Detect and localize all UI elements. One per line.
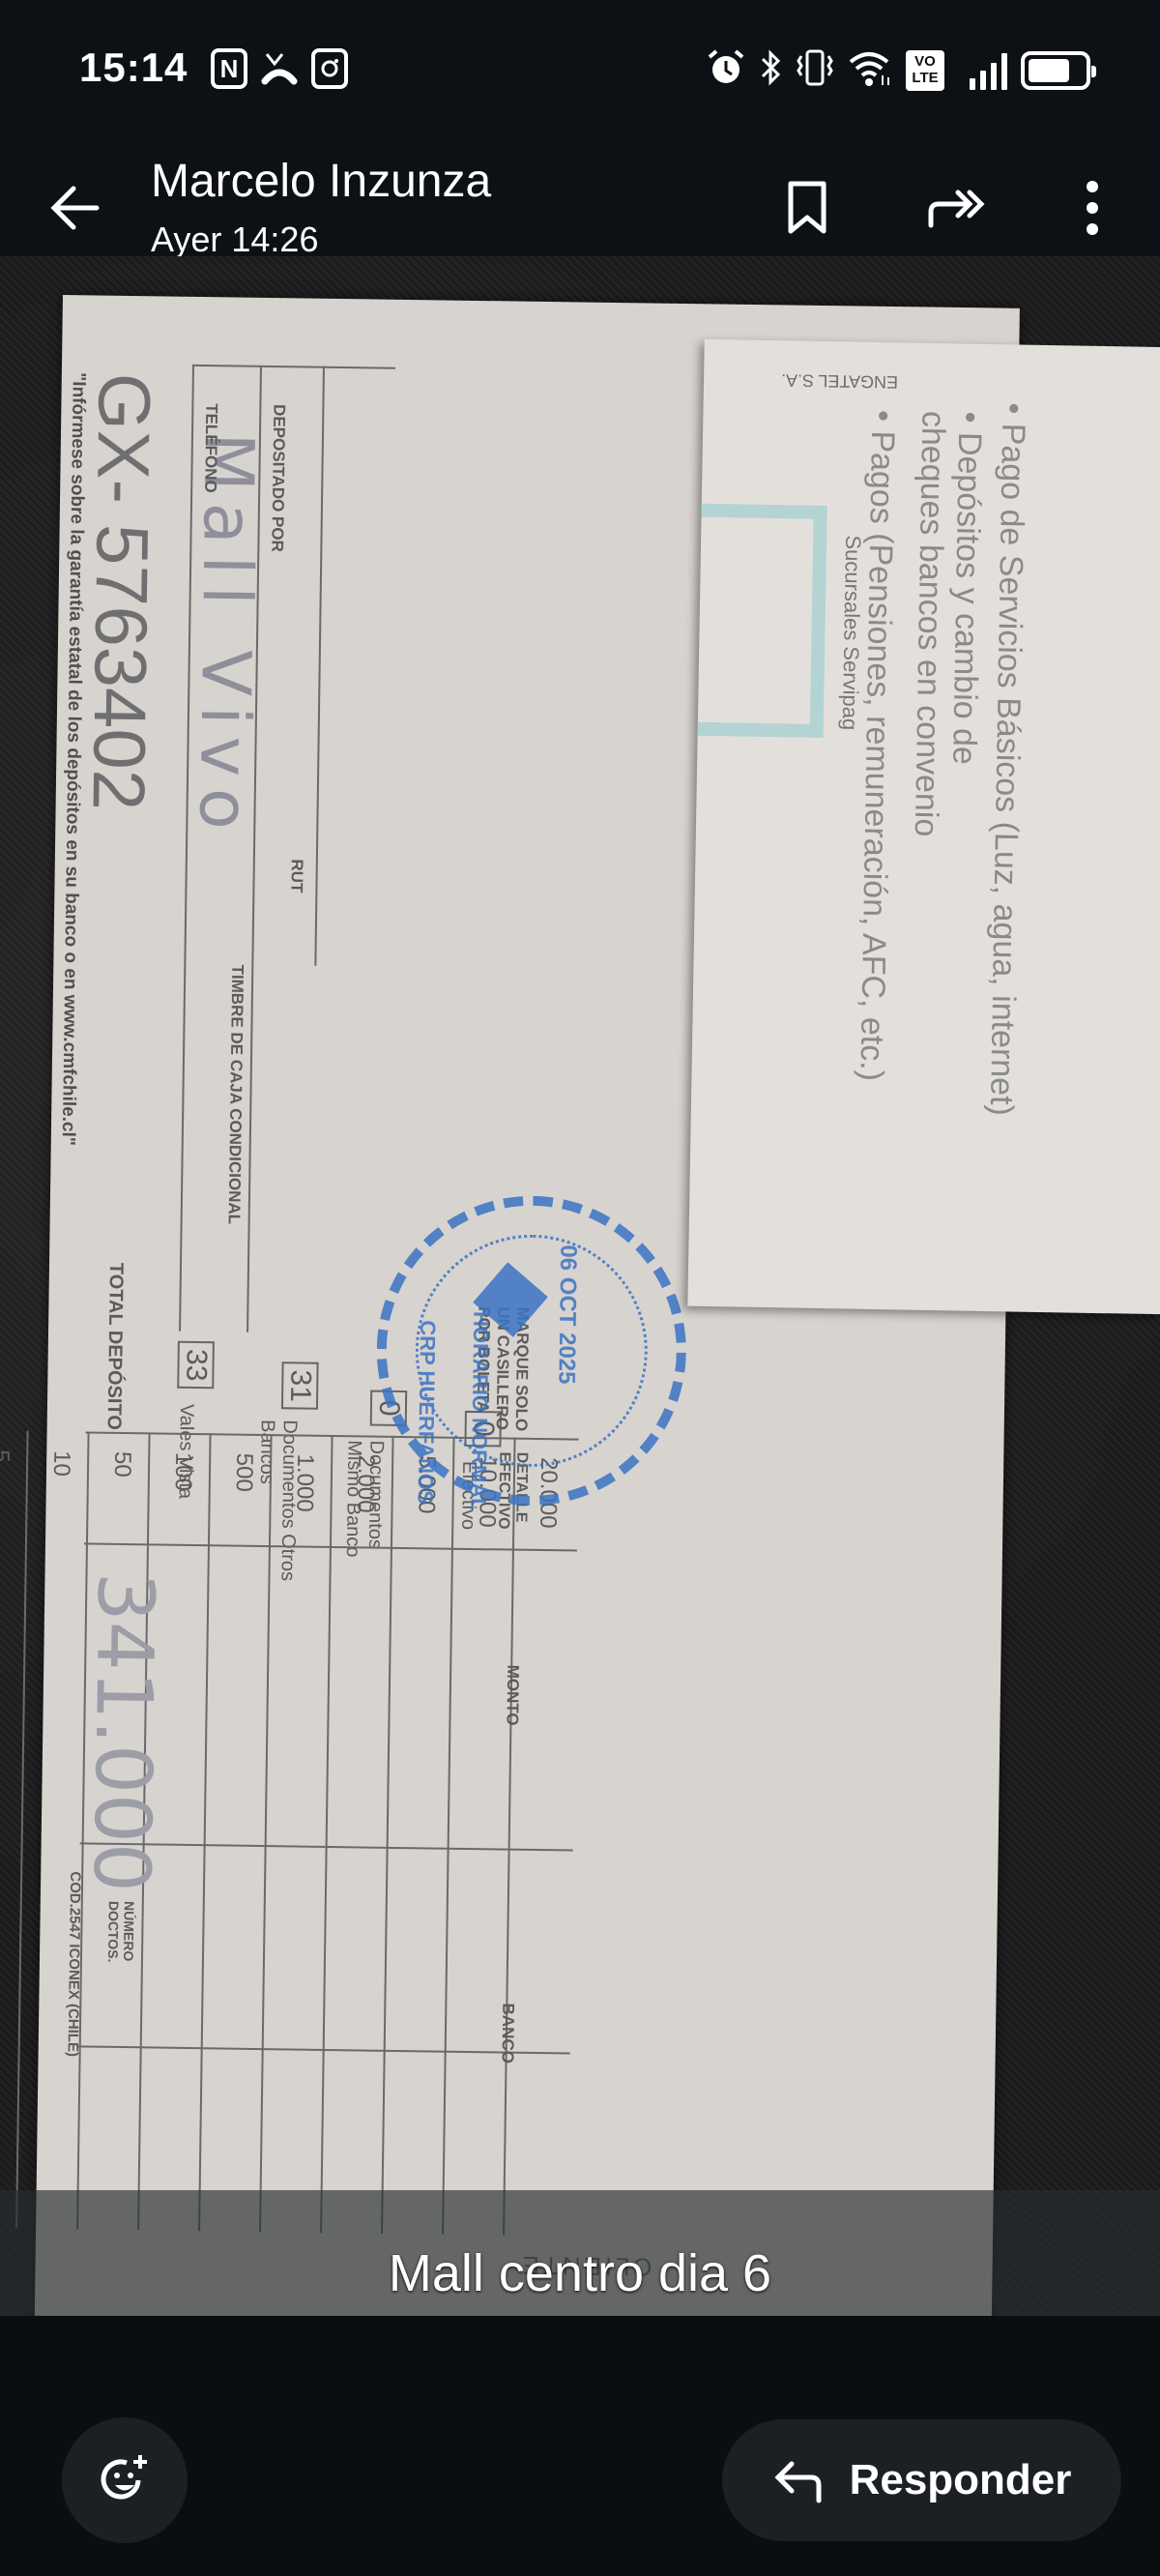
forward-icon [923,179,991,237]
bookmark-icon [783,179,831,237]
handwritten-date: 06/10/25 [0,438,13,805]
banco-header: BANCO [498,2003,518,2064]
instagram-icon [311,48,348,89]
status-time: 15:14 [79,44,188,91]
reply-button[interactable]: Responder [722,2419,1121,2541]
servipag-company: ENGATEL S.A. [781,369,898,392]
denomination-cell: 10 [47,1450,74,1477]
more-vert-icon [1083,179,1102,237]
nfc-icon: N [211,48,247,89]
option-code-vales-vista: 33 [177,1341,215,1390]
message-viewer-header: Marcelo Inzunza Ayer 14:26 [0,135,1160,256]
total-amount: 341.000 [76,1571,171,1892]
back-icon [43,174,110,242]
denomination-cell: 2.000 [351,1454,379,1512]
depositado-por-label: DEPOSITADO POR [267,404,288,552]
status-bar: 15:14 N VOLTE [0,0,1160,135]
bookmark-button[interactable] [773,174,841,242]
bank-stamp: 06 OCT 2025 HORARIO NORMAL CRP HUERFANOS [375,1194,688,1508]
reply-label: Responder [850,2456,1072,2504]
timbre-label: TIMBRE DE CAJA CONDICIONAL [224,964,247,1224]
status-left-icons: N [211,48,348,89]
signal-icon [970,51,1007,90]
option-code-otros-bancos: 31 [281,1361,319,1410]
bottom-action-bar: Responder [0,2316,1160,2576]
add-reaction-button[interactable] [62,2417,188,2543]
servipag-logo [698,504,827,738]
monto-header: MONTO [502,1664,522,1725]
alarm-icon [707,48,745,92]
rut-label: RUT [286,859,305,893]
denomination-cell: 500 [230,1453,258,1492]
total-deposito-label: TOTAL DEPÓSITO [102,1263,127,1430]
volte-icon: VOLTE [906,50,944,91]
forward-button[interactable] [923,174,991,242]
footer-code: COD.2547 ICONEX (CHILE) [65,1871,84,2057]
denomination-cell: 1.000 [290,1453,318,1511]
sender-name: Marcelo Inzunza [151,155,491,208]
wifi-icon [848,48,892,92]
message-timestamp: Ayer 14:26 [151,220,318,260]
reply-icon [772,2456,826,2504]
back-button[interactable] [43,174,110,242]
denomination-cell: 50 [108,1451,135,1478]
more-options-button[interactable] [1058,174,1126,242]
denomination-cell: 100 [169,1452,197,1491]
vibrate-icon [796,48,834,92]
add-reaction-icon [96,2451,154,2509]
servipag-bullet-1: • Pago de Servicios Básicos (Luz, agua, … [982,402,1032,1116]
missed-call-icon [261,48,298,89]
telefono-label: TELÉFONO [200,403,220,493]
bluetooth-icon [759,48,782,92]
message-photo[interactable]: DEPOSITADO POR Mall Vivo TELÉFONO RUT TI… [0,256,1160,2316]
battery-icon [1021,51,1090,90]
photo-caption: Mall centro dia 6 [0,2243,1160,2303]
servipag-bullet-3: • Pagos (Pensiones, remuneración, AFC, e… [852,410,901,1082]
denomination-cell: 5 [0,1449,14,1463]
servipag-bullet-2: • Depósitos y cambio de cheques bancos e… [907,411,988,866]
denomination-table: 20.00010.0005.0002.0001.000500100501051$ [63,295,1020,308]
numero-doctos-label: NÚMERO DOCTOS. [105,1901,137,1969]
folio-number: GX- 5763402 [76,372,166,810]
status-right-icons: VOLTE [707,48,1090,92]
servipag-card: ENGATEL S.A. Sucursales Servipag • Pago … [687,339,1160,1314]
